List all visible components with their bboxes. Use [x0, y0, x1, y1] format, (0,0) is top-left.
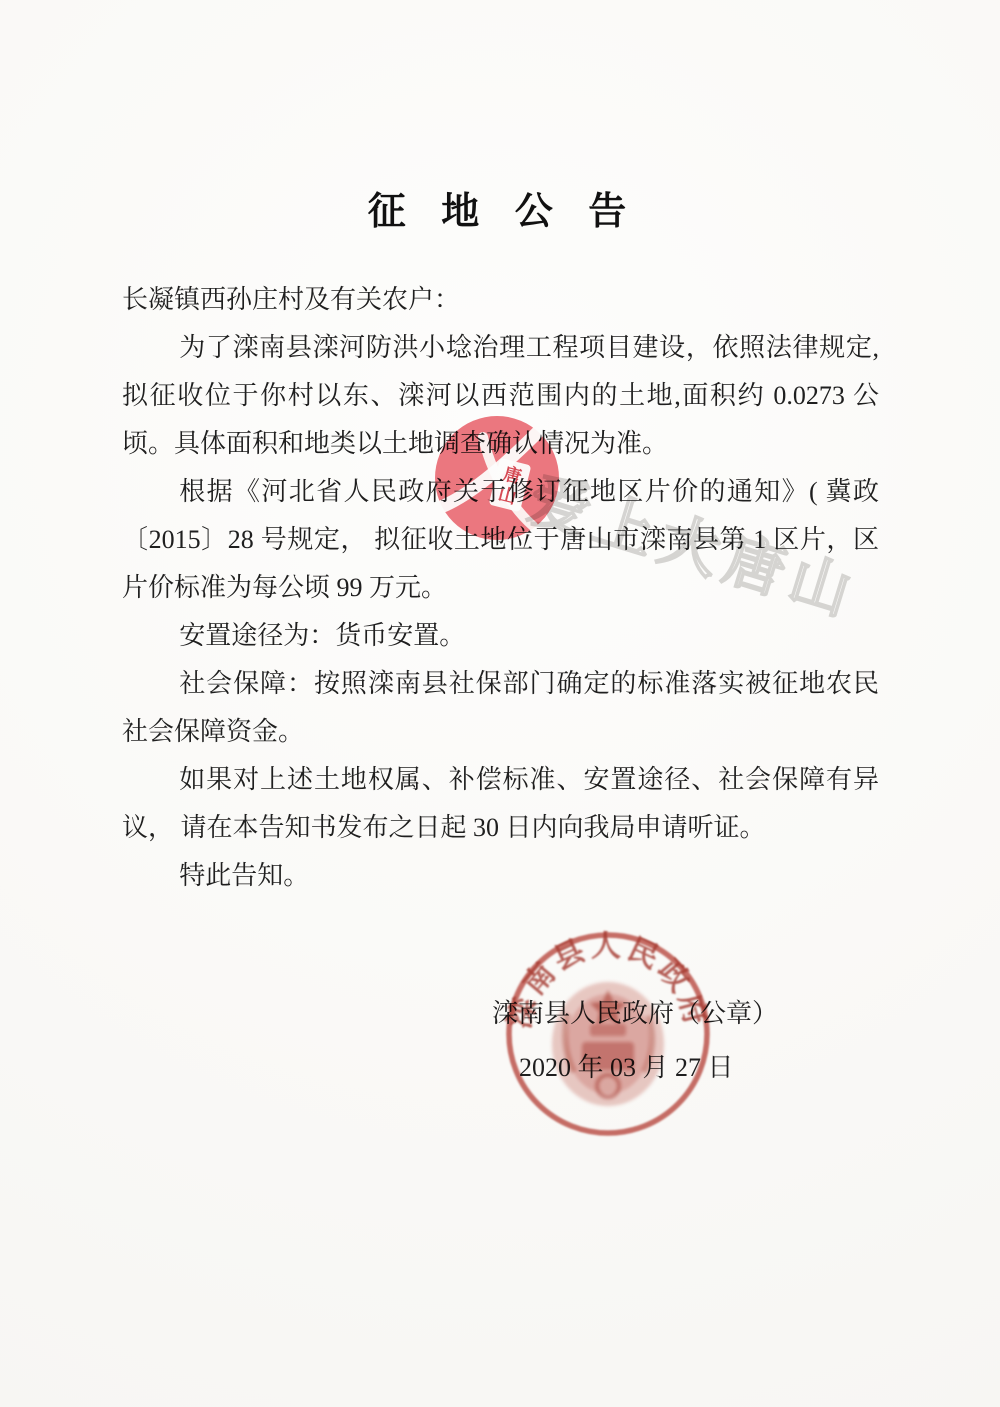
paragraph-closing: 特此告知。 [122, 852, 879, 900]
document-title: 征 地 公 告 [0, 180, 1000, 235]
paragraph-hearing-rights: 如果对上述土地权属、补偿标准、安置途径、社会保障有异议， 请在本告知书发布之日起… [122, 756, 879, 852]
seal-emblem [552, 982, 664, 1106]
paragraph-social-security: 社会保障：按照滦南县社保部门确定的标准落实被征地农民社会保障资金。 [122, 660, 879, 756]
document-body: 长凝镇西孙庄村及有关农户： 为了滦南县滦河防洪小埝治理工程项目建设，依照法律规定… [122, 276, 879, 900]
paragraph-resettlement: 安置途径为：货币安置。 [122, 612, 879, 660]
red-logo-watermark-icon: 唐 山 [433, 411, 563, 547]
official-seal: 滦南县人民政府 [498, 924, 718, 1144]
scanned-document-page: 爱上大唐山 征 地 公 告 长凝镇西孙庄村及有关农户： 为了滦南县滦河防洪小埝治… [0, 0, 1000, 1407]
salutation-line: 长凝镇西孙庄村及有关农户： [122, 276, 879, 324]
